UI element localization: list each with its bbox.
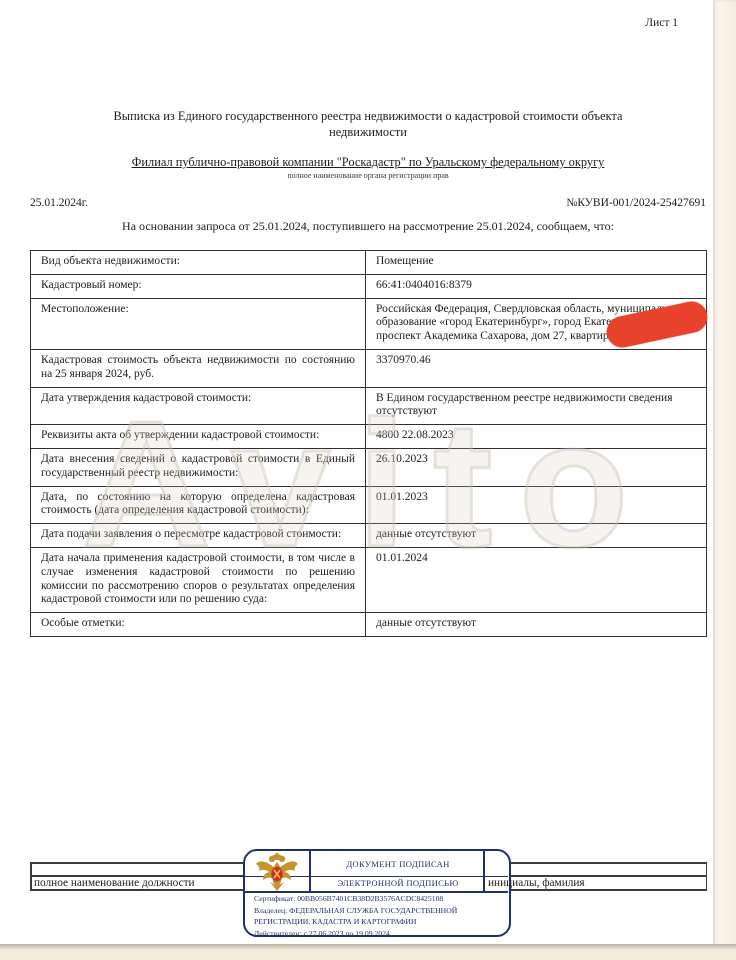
certificate-info: Сертификат: 00BB056B7401CB38D2B3576ACDC8… [254, 893, 506, 939]
certificate-owner-line2: РЕГИСТРАЦИИ, КАДАСТРА И КАРТОГРАФИИ [254, 916, 506, 928]
document-title: Выписка из Единого государственного реес… [86, 109, 651, 140]
digital-signature-stamp: ДОКУМЕНТ ПОДПИСАН ЭЛЕКТРОННОЙ ПОДПИСЬЮ С… [243, 849, 511, 937]
row-label: Дата начала применения кадастровой стоим… [31, 547, 366, 612]
row-label: Дата внесения сведений о кадастровой сто… [31, 448, 366, 486]
signature-line [30, 862, 243, 864]
row-label: Кадастровый номер: [31, 274, 366, 298]
signature-line [511, 889, 707, 891]
row-value: 3370970.46 [366, 349, 707, 387]
signature-line [30, 889, 243, 891]
stamp-title-line1: ДОКУМЕНТ ПОДПИСАН [311, 859, 485, 869]
signature-line [511, 862, 707, 864]
photo-edge-right [713, 0, 736, 960]
certificate-owner-line1: Владелец: ФЕДЕРАЛЬНАЯ СЛУЖБА ГОСУДАРСТВЕ… [254, 905, 506, 917]
row-value: В Едином государственном реестре недвижи… [366, 387, 707, 425]
document-date: 25.01.2024г. [30, 197, 88, 209]
request-statement: На основании запроса от 25.01.2024, пост… [58, 219, 678, 234]
certificate-number: Сертификат: 00BB056B7401CB38D2B3576ACDC8… [254, 893, 506, 905]
table-row: Кадастровая стоимость объекта недвижимос… [31, 349, 707, 387]
stamp-title-line2: ЭЛЕКТРОННОЙ ПОДПИСЬЮ [311, 878, 485, 888]
table-row: Дата внесения сведений о кадастровой сто… [31, 448, 707, 486]
table-row: Местоположение: Российская Федерация, Св… [31, 298, 707, 349]
row-label: Дата подачи заявления о пересмотре кадас… [31, 524, 366, 548]
row-label: Особые отметки: [31, 613, 366, 637]
position-placeholder-label: полное наименование должности [34, 877, 195, 889]
cadastral-table: Вид объекта недвижимости: Помещение Када… [30, 250, 707, 637]
row-label: Дата утверждения кадастровой стоимости: [31, 387, 366, 425]
row-value: Помещение [366, 251, 707, 275]
row-label: Кадастровая стоимость объекта недвижимос… [31, 349, 366, 387]
row-value: 4800 22.08.2023 [366, 425, 707, 449]
coat-of-arms-icon [254, 852, 300, 892]
registration-authority-name: Филиал публично-правовой компании "Роска… [28, 155, 708, 170]
row-value: 01.01.2023 [366, 486, 707, 524]
row-label: Вид объекта недвижимости: [31, 251, 366, 275]
row-value: 01.01.2024 [366, 547, 707, 612]
table-row: Дата начала применения кадастровой стоим… [31, 547, 707, 612]
signature-line [706, 862, 708, 891]
document-page: { "page": { "sheet_label": "Лист 1" }, "… [0, 0, 736, 960]
row-value: данные отсутствуют [366, 524, 707, 548]
row-label: Реквизиты акта об утверждении кадастрово… [31, 425, 366, 449]
row-label: Дата, по состоянию на которую определена… [31, 486, 366, 524]
table-row: Кадастровый номер: 66:41:0404016:8379 [31, 274, 707, 298]
table-row: Дата, по состоянию на которую определена… [31, 486, 707, 524]
certificate-validity: Действителен: с 27.06.2023 по 19.09.2024 [254, 928, 506, 940]
table-row: Дата утверждения кадастровой стоимости: … [31, 387, 707, 425]
photo-edge-bottom [0, 944, 736, 960]
table-row: Особые отметки: данные отсутствуют [31, 613, 707, 637]
table-row: Дата подачи заявления о пересмотре кадас… [31, 524, 707, 548]
row-value: 66:41:0404016:8379 [366, 274, 707, 298]
document-number: №КУВИ-001/2024-25427691 [566, 197, 706, 209]
registration-authority-caption: полное наименование органа регистрации п… [168, 171, 568, 180]
row-value: данные отсутствуют [366, 613, 707, 637]
table-row: Вид объекта недвижимости: Помещение [31, 251, 707, 275]
table-row: Реквизиты акта об утверждении кадастрово… [31, 425, 707, 449]
row-label: Местоположение: [31, 298, 366, 349]
row-value: 26.10.2023 [366, 448, 707, 486]
sheet-number: Лист 1 [645, 17, 678, 29]
signature-line [30, 862, 32, 891]
